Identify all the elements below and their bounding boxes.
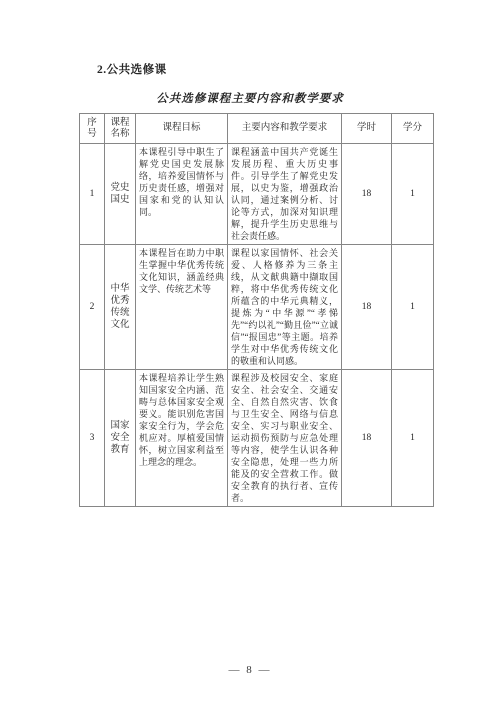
table-row-national-security: 3 国家安全教育 本课程培养让学生熟知国家安全内涵、范畴与总体国家安全观要义。能… — [80, 370, 434, 507]
cell-hours: 18 — [342, 144, 392, 245]
header-course-name: 课程名称 — [105, 114, 136, 144]
table-title: 公共选修课程主要内容和教学要求 — [0, 90, 500, 106]
cell-credits: 1 — [392, 370, 434, 507]
cell-course-name: 党史国史 — [105, 144, 136, 245]
cell-course-name: 中华优秀传统文化 — [105, 245, 136, 370]
table-row-party-history: 1 党史国史 本课程引导中职生了解党史国史发展脉络，培养爱国情怀与历史责任感，增… — [80, 144, 434, 245]
cell-course-goal: 本课程培养让学生熟知国家安全内涵、范畴与总体国家安全观要义。能识别危害国家安全行… — [136, 370, 228, 507]
cell-credits: 1 — [392, 144, 434, 245]
cell-content-requirements: 课程涉及校园安全、家庭安全、社会安全、交通安全、自然自然灾害、饮食与卫生安全、网… — [228, 370, 342, 507]
cell-course-name: 国家安全教育 — [105, 370, 136, 507]
header-hours: 学时 — [342, 114, 392, 144]
table-row-traditional-culture: 2 中华优秀传统文化 本课程旨在助力中职生掌握中华优秀传统文化知识，涵盖经典文学… — [80, 245, 434, 370]
header-credits: 学分 — [392, 114, 434, 144]
section-title: 2.公共选修课 — [97, 61, 167, 77]
header-content-requirements: 主要内容和教学要求 — [228, 114, 342, 144]
cell-seq: 3 — [80, 370, 105, 507]
cell-hours: 18 — [342, 370, 392, 507]
document-page: 2.公共选修课 公共选修课程主要内容和教学要求 序号 课程名称 课程目标 主要内… — [0, 0, 500, 707]
header-seq: 序号 — [80, 114, 105, 144]
cell-content-requirements: 课程涵盖中国共产党诞生发展历程、重大历史事件。引导学生了解党史发展，以史为鉴，增… — [228, 144, 342, 245]
cell-course-goal: 本课程引导中职生了解党史国史发展脉络，培养爱国情怀与历史责任感，增强对国家和党的… — [136, 144, 228, 245]
page-number: — 8 — — [0, 664, 500, 676]
cell-course-goal: 本课程旨在助力中职生掌握中华优秀传统文化知识，涵盖经典文学、传统艺术等 — [136, 245, 228, 370]
table-header-row: 序号 课程名称 课程目标 主要内容和教学要求 学时 学分 — [80, 114, 434, 144]
cell-seq: 2 — [80, 245, 105, 370]
course-table: 序号 课程名称 课程目标 主要内容和教学要求 学时 学分 1 党史国史 本课程引… — [79, 113, 434, 507]
cell-content-requirements: 课程以家国情怀、社会关爱、人格修养为三条主线，从文献典籍中撷取国粹，将中华优秀传… — [228, 245, 342, 370]
cell-credits: 1 — [392, 245, 434, 370]
cell-hours: 18 — [342, 245, 392, 370]
cell-seq: 1 — [80, 144, 105, 245]
header-course-goal: 课程目标 — [136, 114, 228, 144]
